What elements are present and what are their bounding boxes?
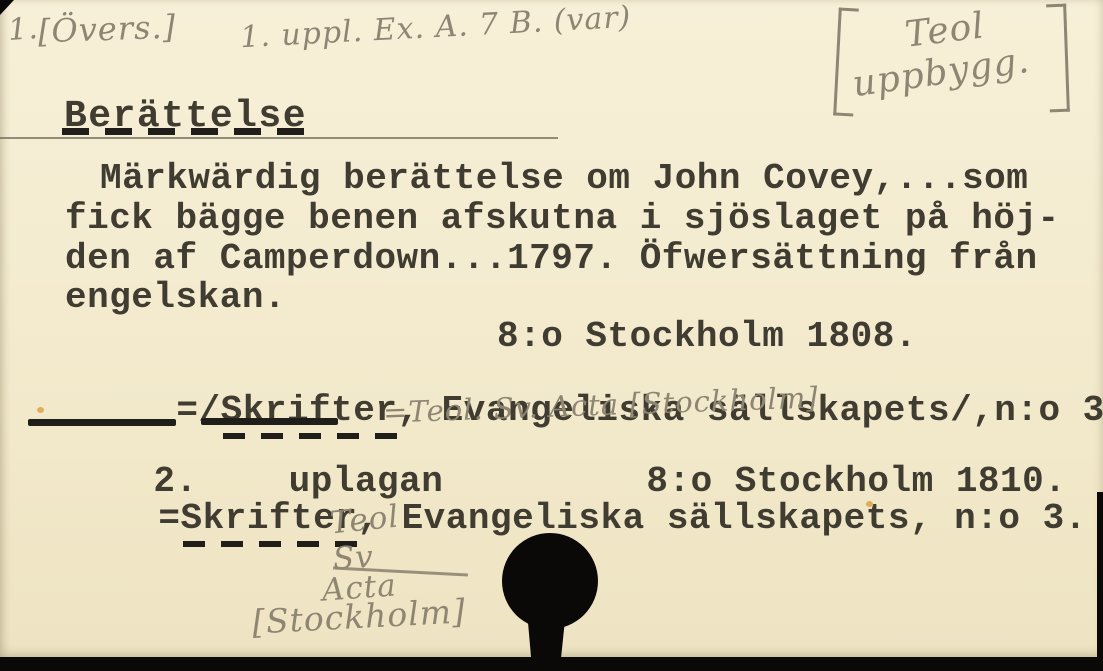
body-line-3: den af Camperdown...1797. Öfwersättning … xyxy=(65,241,1038,277)
series-2-rest: Evangeliska sällskapets, n:o 3. xyxy=(379,498,1086,539)
heading-dashed-underline xyxy=(62,128,320,135)
heavy-bar-right xyxy=(201,418,338,425)
paper-speck xyxy=(37,407,44,413)
heading-rule xyxy=(0,137,558,139)
body-line-2: fick bägge benen afskutna i sjöslaget på… xyxy=(65,201,1060,237)
scan-edge-right xyxy=(1097,492,1103,671)
heavy-bar-left xyxy=(28,419,176,426)
paper-speck xyxy=(866,501,873,507)
body-line-1: Märkwärdig berättelse om John Covey,...s… xyxy=(100,161,1028,197)
catalog-card-scan: 1. [Övers.] 1. uppl. Ex. A. 7 B. (var) T… xyxy=(0,0,1103,671)
top-left-attribution: [Övers.] xyxy=(37,8,176,51)
top-right-bracket-right xyxy=(1046,4,1070,113)
bottom-shelfmark-line1: Teol xyxy=(328,498,401,541)
body-line-4: engelskan. xyxy=(65,280,286,316)
top-left-number: 1. xyxy=(7,11,40,48)
scan-edge-bottom xyxy=(0,657,1103,671)
imprint-1808: 8:o Stockholm 1808. xyxy=(497,319,917,355)
series-2-prefix: = xyxy=(158,498,180,539)
